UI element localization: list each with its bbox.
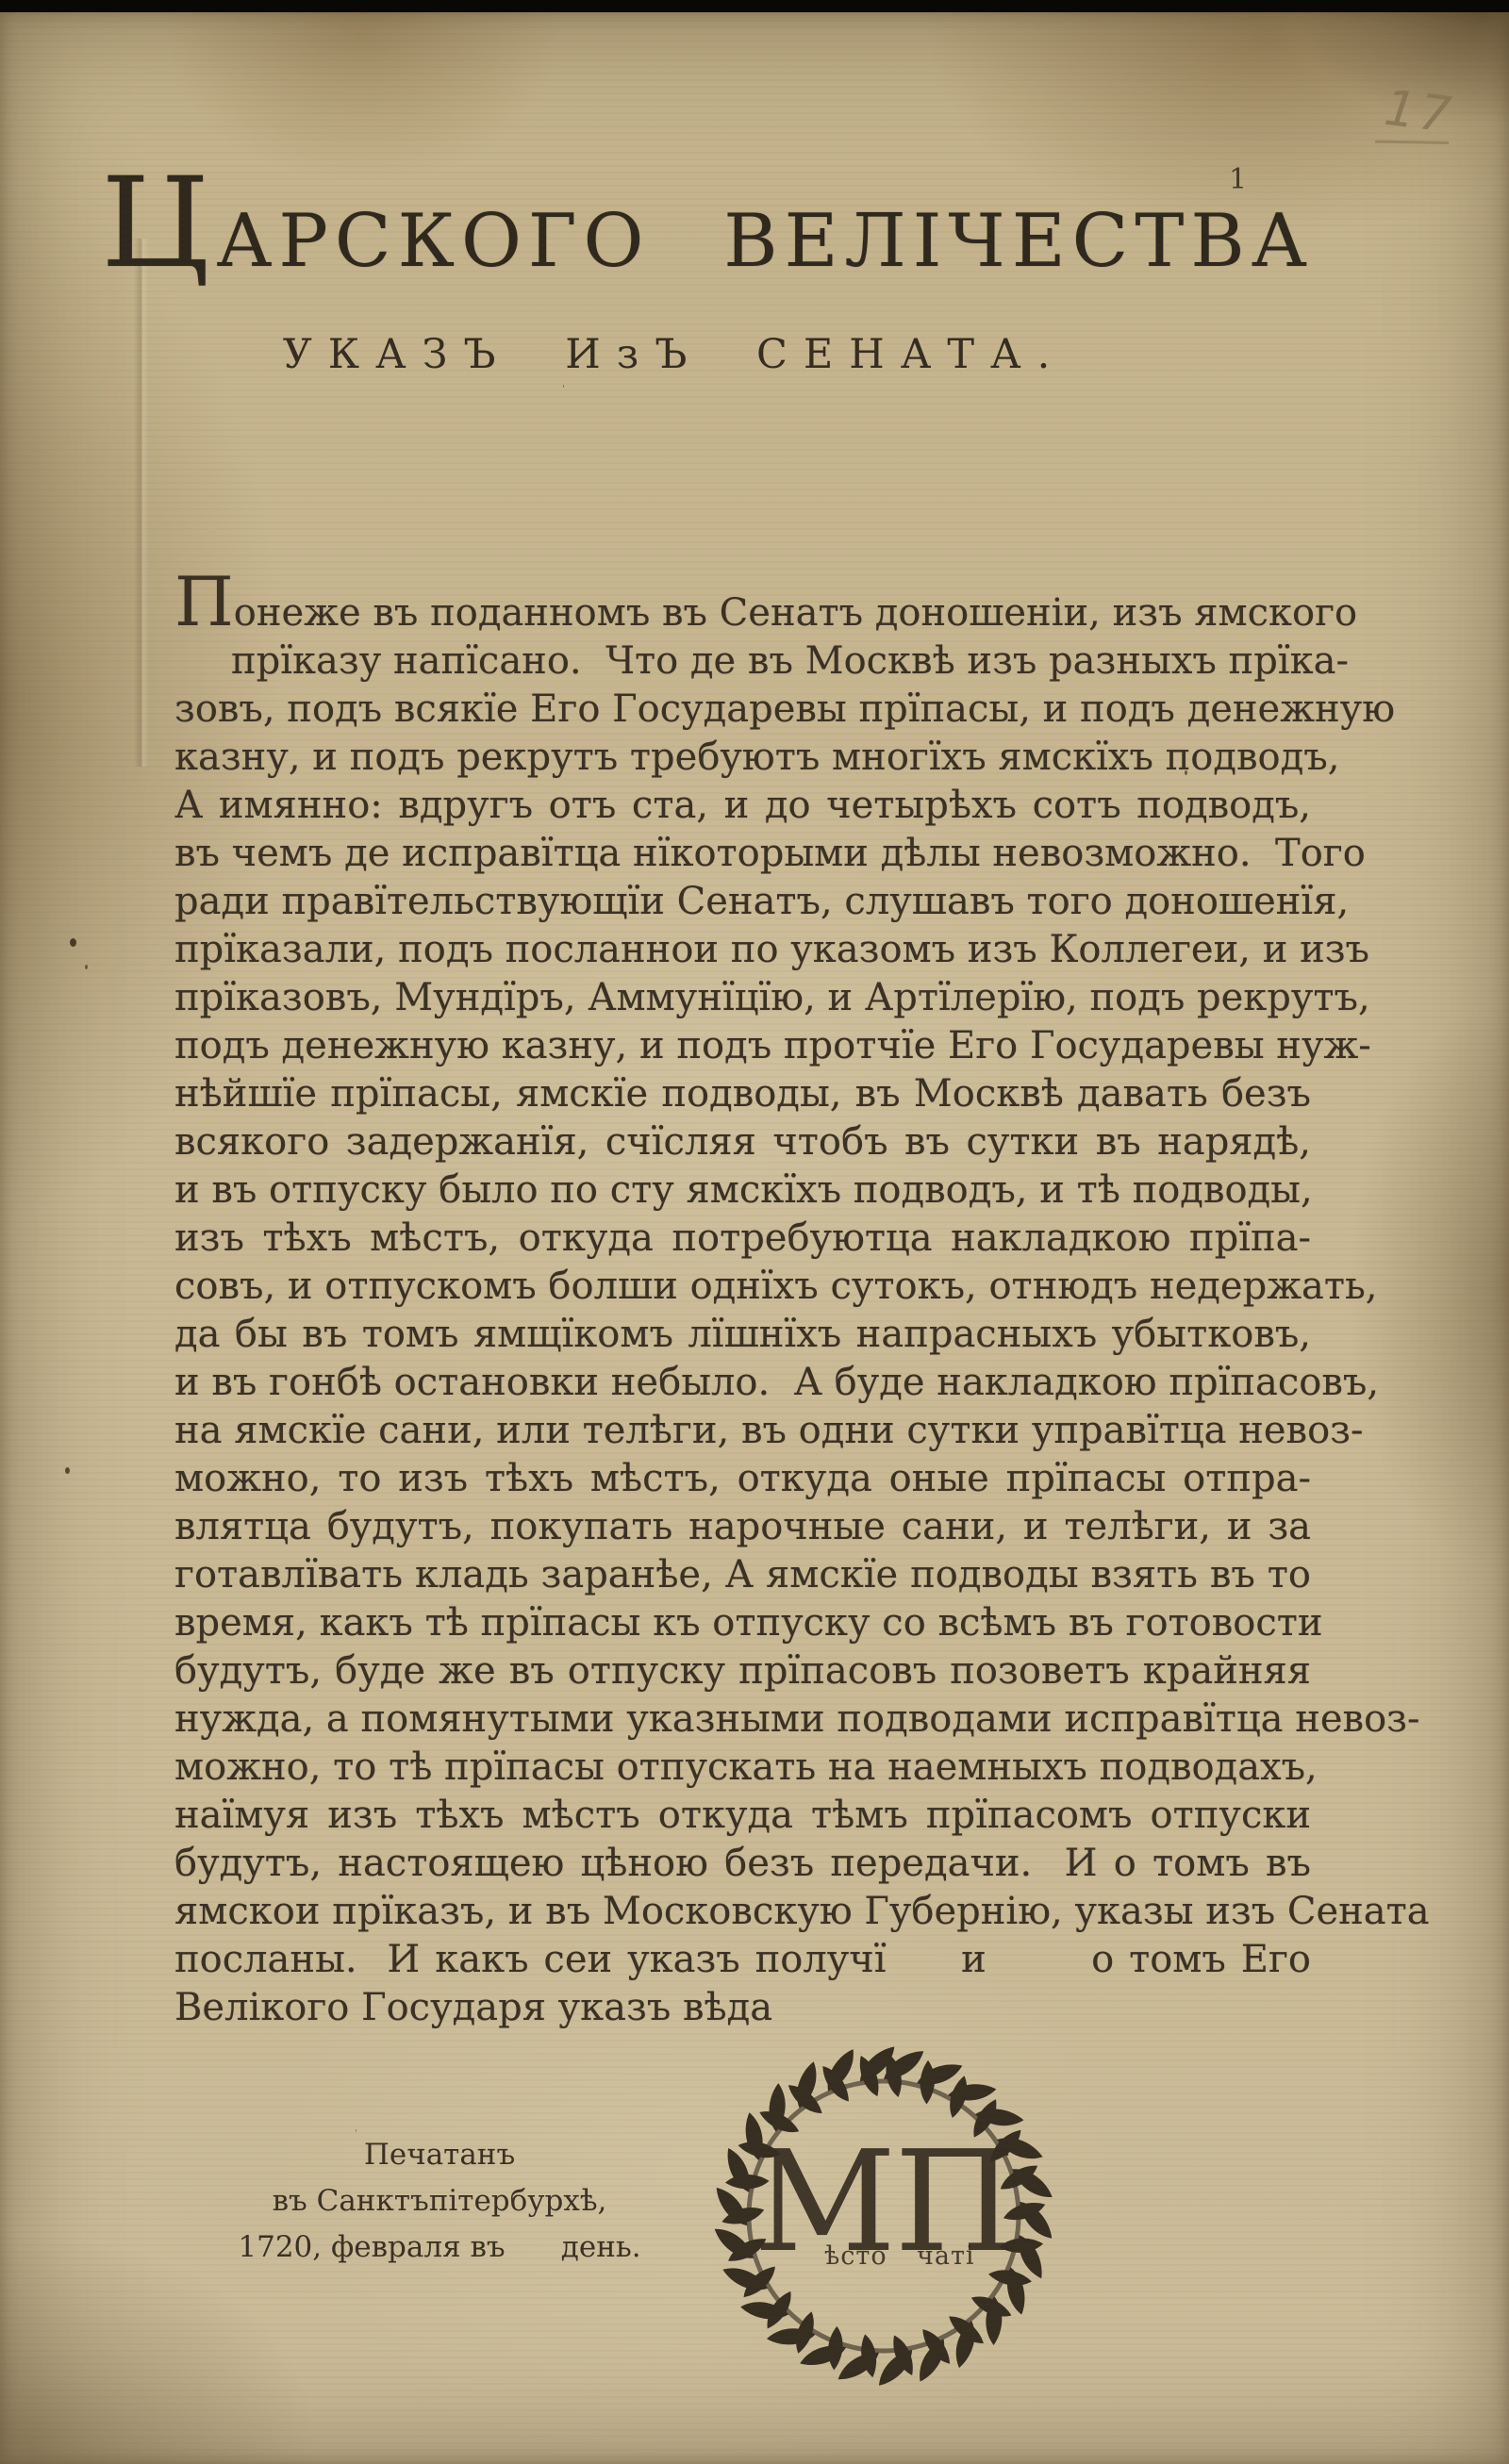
body-line: прїказали, подъ посланнои по указомъ изъ…: [174, 926, 1311, 974]
seal-caption-right: чаті: [917, 2241, 975, 2271]
decree-body: Понеже въ поданномъ въ Сенатъ доношеніи,…: [174, 589, 1311, 2032]
body-line: наїмуя изъ тѣхъ мѣстъ откуда тѣмъ прїпас…: [174, 1792, 1311, 1840]
imprint-line: въ Санктъпітербурхѣ,: [234, 2178, 645, 2224]
body-line: готавлївать кладь заранѣе, А ямскїе подв…: [174, 1551, 1311, 1599]
page-number: 1: [1229, 163, 1247, 196]
body-line: можно, то тѣ прїпасы отпускать на наемны…: [174, 1744, 1311, 1792]
imprint-line: Печатанъ: [234, 2132, 645, 2178]
seal-caption-left: ѣсто: [824, 2241, 887, 2271]
body-line: А имянно: вдругъ отъ ста, и до четырѣхъ …: [174, 782, 1311, 830]
body-line: влятца будутъ, покупать нарочные сани, и…: [174, 1503, 1311, 1551]
body-line: и въ гонбѣ остановки небыло. А буде накл…: [174, 1359, 1311, 1407]
scanned-decree-photo: { "document": { "handwritten_note": "17"…: [0, 0, 1509, 2464]
handwritten-folio-number: 17: [1382, 80, 1458, 145]
body-line: казну, и подъ рекрутъ требуютъ многїхъ я…: [174, 734, 1311, 782]
paper-crease: [134, 239, 149, 767]
body-line: Понеже въ поданномъ въ Сенатъ доношеніи,…: [174, 589, 1311, 637]
body-line: нѣйшїе прїпасы, ямскїе подводы, въ Москв…: [174, 1070, 1311, 1118]
seal-placeholder: МП ѣсто чаті: [713, 2045, 1054, 2387]
body-line: ради правїтельствующїи Сенатъ, слушавъ т…: [174, 878, 1311, 926]
body-line: время, какъ тѣ прїпасы къ отпуску со всѣ…: [174, 1599, 1311, 1647]
body-line: совъ, и отпускомъ болши однїхъ сутокъ, о…: [174, 1263, 1311, 1311]
body-line: прїказу напїсано. Что де въ Москвѣ изъ р…: [174, 637, 1311, 686]
document-title: ЦАРСКОГО ВЕЛІЧЕСТВА: [0, 199, 1415, 284]
imprint-colophon: Печатанъ въ Санктъпітербурхѣ, 1720, февр…: [234, 2132, 645, 2271]
body-line: въ чемъ де исправїтца нїкоторыми дѣлы не…: [174, 830, 1311, 878]
body-line: подъ денежную казну, и подъ протчїе Его …: [174, 1022, 1311, 1070]
body-line: и въ отпуску было по сту ямскїхъ подводъ…: [174, 1166, 1311, 1215]
body-line: можно, то изъ тѣхъ мѣстъ, откуда оные пр…: [174, 1455, 1311, 1503]
paper-specks: [70, 938, 76, 947]
body-line: на ямскїе сани, или телѣги, въ одни сутк…: [174, 1407, 1311, 1455]
body-line: будутъ, буде же въ отпуску прїпасовъ поз…: [174, 1647, 1311, 1695]
paper-sheet: 17 1 ЦАРСКОГО ВЕЛІЧЕСТВА УКАЗЪ ИзЪ СЕНАТ…: [0, 12, 1509, 2464]
body-line: посланы. И какъ сеи указъ получї и о том…: [174, 1936, 1311, 1984]
body-line: Велікого Государя указъ вѣда: [174, 1984, 1311, 2032]
body-line: да бы въ томъ ямщїкомъ лїшнїхъ напрасных…: [174, 1311, 1311, 1359]
body-line: нужда, а помянутыми указными подводами и…: [174, 1695, 1311, 1744]
body-line: ямскои прїказъ, и въ Московскую Губернію…: [174, 1888, 1311, 1936]
body-line: прїказовъ, Мундїръ, Аммунїцїю, и Артїлер…: [174, 974, 1311, 1022]
imprint-line: 1720, февраля въ день.: [234, 2224, 645, 2271]
body-line: изъ тѣхъ мѣстъ, откуда потребуютца накла…: [174, 1215, 1311, 1263]
body-line: всякого задержанїя, счїсляя чтобъ въ сут…: [174, 1118, 1311, 1166]
body-line: зовъ, подъ всякїе Его Государевы прїпасы…: [174, 686, 1311, 734]
document-subtitle: УКАЗЪ ИзЪ СЕНАТА.: [0, 331, 1349, 378]
body-line: будутъ, настоящею цѣною безъ передачи. И…: [174, 1840, 1311, 1888]
